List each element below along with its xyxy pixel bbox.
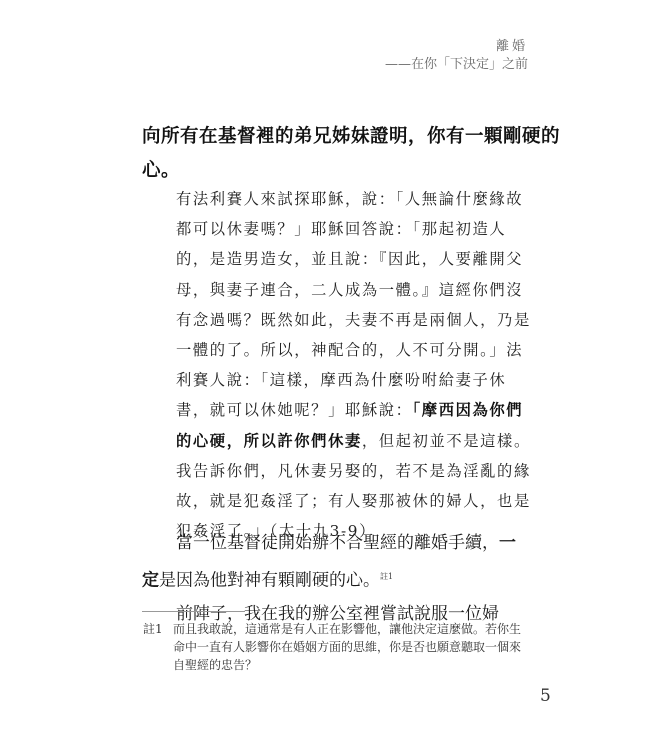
quote-line: 的心硬，所以許你們休妻，但起初並不是這樣。 (176, 426, 556, 456)
paragraph-line: 當一位基督徒開始辦不合聖經的離婚手續，一 (142, 527, 562, 560)
quote-line: 母，與妻子連合，二人成為一體。』這經你們沒 (176, 275, 556, 305)
footnote-ref[interactable]: 註1 (380, 572, 393, 581)
quote-emphasis: 的心硬，所以許你們休妻 (176, 432, 362, 450)
quote-line: 利賽人說：「這樣，摩西為什麼吩咐給妻子休 (176, 365, 556, 395)
quote-line: 我告訴你們，凡休妻另娶的，若不是為淫亂的緣 (176, 456, 556, 486)
quote-emphasis: 「摩西因為你們 (413, 401, 524, 419)
quote-line: 有念過嗎？既然如此，夫妻不再是兩個人，乃是 (176, 305, 556, 335)
running-header: 離婚 ——在你「下決定」之前 (385, 38, 528, 74)
book-title: 離婚 (385, 38, 528, 56)
quote-line: 書，就可以休她呢？」耶穌說：「摩西因為你們 (176, 395, 556, 425)
footnote-line: 自聖經的忠告？ (173, 656, 563, 674)
page-number: 5 (540, 686, 551, 706)
quote-text: 書，就可以休她呢？」耶穌說： (176, 401, 413, 419)
paragraph-text: 當一位基督徒開始辦不合聖經的離婚手續， (176, 533, 499, 553)
footnote: 註1 而且我敢說，這通常是有人正在影響他，讓他決定這麼做。若你生 命中一直有人影… (143, 620, 563, 674)
footnote-line: 而且我敢說，這通常是有人正在影響他，讓他決定這麼做。若你生 (173, 620, 563, 638)
heading-line: 心。 (142, 160, 180, 181)
footnote-line: 命中一直有人影響你在婚姻方面的思維，你是否也願意聽取一個來 (173, 638, 563, 656)
book-subtitle: ——在你「下決定」之前 (385, 56, 528, 74)
quote-text: ，但起初並不是這樣。 (362, 432, 531, 450)
paragraph-text: 是因為他對神有顆剛硬的心。 (159, 571, 380, 591)
paragraph-emphasis: 定 (142, 571, 159, 591)
quote-line: 的，是造男造女，並且說：『因此，人要離開父 (176, 244, 556, 274)
section-heading: 向所有在基督裡的弟兄姊妹證明，你有一顆剛硬的 心。 (142, 120, 562, 188)
quote-line: 故，就是犯姦淫了；有人娶那被休的婦人，也是 (176, 486, 556, 516)
scripture-quote: 有法利賽人來試探耶穌，說：「人無論什麼緣故 都可以休妻嗎？」耶穌回答說：「那起初… (176, 184, 556, 546)
quote-line: 一體的了。所以，神配合的，人不可分開。」法 (176, 335, 556, 365)
paragraph-line: 定是因為他對神有顆剛硬的心。註1 (142, 560, 562, 598)
footnote-text: 而且我敢說，這通常是有人正在影響他，讓他決定這麼做。若你生 命中一直有人影響你在… (173, 620, 563, 674)
heading-line: 向所有在基督裡的弟兄姊妹證明，你有一顆剛硬的 (142, 126, 560, 147)
footnote-divider (142, 611, 245, 612)
footnote-label: 註1 (143, 620, 163, 638)
body-text: 當一位基督徒開始辦不合聖經的離婚手續，一 定是因為他對神有顆剛硬的心。註1 前陣… (142, 527, 562, 631)
paragraph-emphasis: 一 (499, 533, 516, 553)
quote-line: 都可以休妻嗎？」耶穌回答說：「那起初造人 (176, 214, 556, 244)
quote-line: 有法利賽人來試探耶穌，說：「人無論什麼緣故 (176, 184, 556, 214)
